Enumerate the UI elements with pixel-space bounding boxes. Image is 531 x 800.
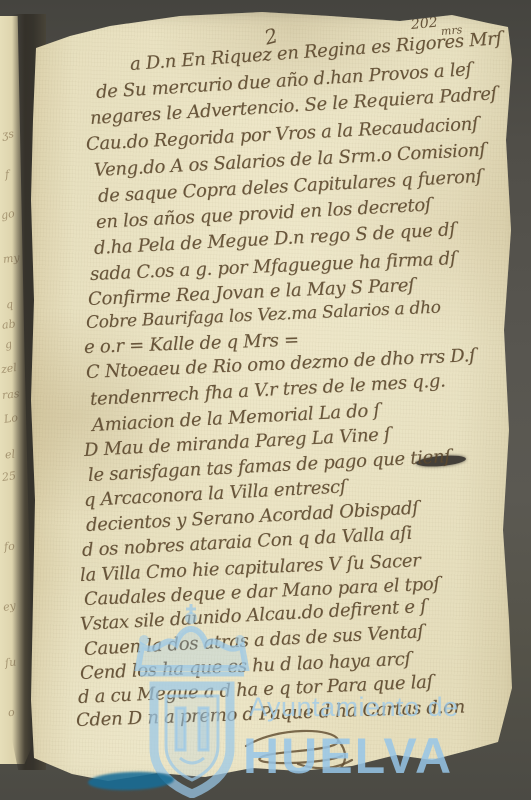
handwriting-layer: 2 202 mrs a D.n En Riquez en Regina es R… [0,0,531,800]
archive-photo: { "colors":{ "background":"#53514a", "pa… [0,0,531,800]
ghost-handwriting-mark: f [4,168,9,181]
manuscript-page: 2 202 mrs a D.n En Riquez en Regina es R… [0,0,531,800]
ghost-handwriting-mark: g [4,337,14,351]
